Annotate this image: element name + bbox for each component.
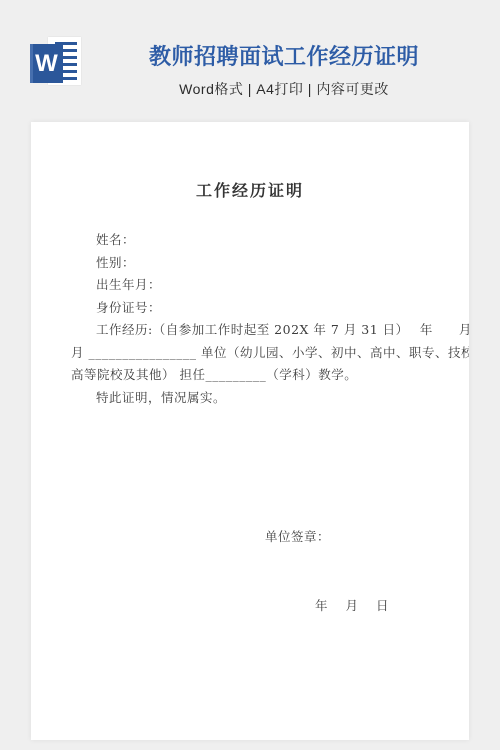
word-w-letter: W [30, 44, 63, 83]
field-birth-date: 出生年月： [71, 274, 459, 297]
header: W 教师招聘面试工作经历证明 Word格式 | A4打印 | 内容可更改 [0, 0, 500, 122]
field-id-number: 身份证号： [71, 297, 459, 320]
page-title: 教师招聘面试工作经历证明 [72, 44, 496, 70]
signature-date-line: 年 月 日 [315, 594, 469, 617]
document-title: 工作经历证明 [31, 182, 469, 201]
signature-label: 单位签章： [265, 525, 469, 548]
document-body: 姓名： 性别： 出生年月： 身份证号： 工作经历:（自参加工作时起至 202X … [71, 229, 459, 409]
header-text: 教师招聘面试工作经历证明 Word格式 | A4打印 | 内容可更改 [72, 44, 496, 98]
experience-line-1: 工作经历:（自参加工作时起至 202X 年 7 月 31 日） 年 月至 年 [71, 319, 459, 342]
template-preview: W 教师招聘面试工作经历证明 Word格式 | A4打印 | 内容可更改 工作经… [0, 0, 500, 750]
field-gender: 性别： [71, 252, 459, 275]
experience-line-3: 高等院校及其他） 担任_________（学科）教学。 [71, 364, 459, 387]
closing-statement: 特此证明，情况属实。 [71, 387, 459, 410]
experience-line-2: 月 ________________ 单位（幼儿园、小学、初中、高中、职专、技校… [71, 342, 459, 365]
document-page: 工作经历证明 姓名： 性别： 出生年月： 身份证号： 工作经历:（自参加工作时起… [31, 122, 469, 740]
signature-block: 单位签章： 年 月 日 [265, 479, 469, 663]
field-name: 姓名： [71, 229, 459, 252]
page-subtitle: Word格式 | A4打印 | 内容可更改 [72, 80, 496, 98]
